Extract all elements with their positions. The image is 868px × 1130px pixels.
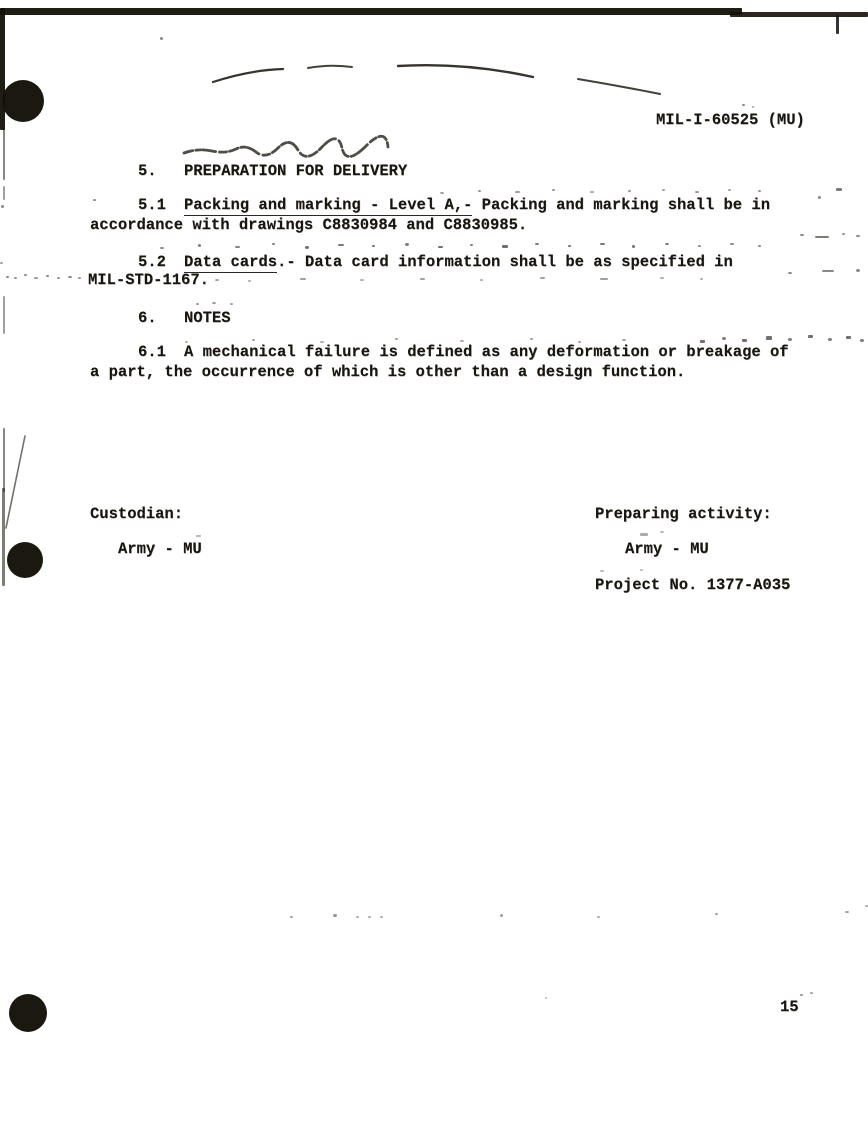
scan-speck — [333, 914, 337, 917]
scan-speck — [568, 245, 571, 247]
scan-speck — [660, 531, 664, 533]
scan-speck — [545, 997, 547, 999]
scan-speck — [590, 191, 594, 193]
scan-speck — [758, 245, 761, 247]
scan-speck — [272, 243, 275, 245]
scan-mark — [0, 8, 742, 15]
scan-speck — [372, 245, 375, 247]
scan-speck — [698, 245, 701, 247]
scan-speck — [515, 191, 520, 193]
scan-speck — [502, 245, 508, 248]
scan-speck — [600, 570, 604, 572]
scan-speck — [300, 278, 306, 280]
scan-speck — [290, 916, 293, 918]
para-6-1-number: 6.1 — [138, 343, 184, 362]
scan-arc-artifact — [578, 79, 660, 94]
scan-speck — [628, 190, 631, 192]
para-6-1-line-2: a part, the occurrence of which is other… — [90, 363, 685, 382]
scan-speck — [640, 569, 643, 571]
scan-speck — [660, 277, 664, 279]
scan-speck — [742, 104, 745, 106]
project-number: Project No. 1377-A035 — [595, 576, 790, 595]
scan-speck — [368, 916, 371, 918]
scan-speck — [800, 234, 804, 236]
punch-hole-mark — [9, 994, 47, 1032]
scan-speck — [815, 236, 829, 238]
scan-speck — [846, 336, 851, 339]
scan-speck — [34, 277, 38, 279]
para-5-1-line-2: accordance with drawings C8830984 and C8… — [90, 216, 527, 235]
scan-speck — [535, 243, 539, 245]
scan-speck — [0, 262, 3, 264]
scan-speck — [856, 269, 860, 272]
document-page: MIL-I-60525 (MU) 5.PREPARATION FOR DELIV… — [0, 0, 868, 1130]
scan-speck — [380, 916, 383, 918]
para-5-1-text: Packing and marking shall be in — [472, 196, 770, 214]
scan-speck — [730, 243, 734, 245]
scan-speck — [235, 246, 240, 248]
scan-speck — [24, 274, 27, 276]
para-5-1-underlined-phrase: Packing and marking - Level A,- — [184, 196, 472, 216]
scan-speck — [842, 233, 845, 235]
scan-speck — [665, 243, 669, 245]
scan-speck — [540, 277, 545, 279]
spec-number-header: MIL-I-60525 (MU) — [656, 111, 805, 130]
scan-speck — [68, 276, 72, 278]
scan-speck — [93, 199, 96, 201]
scan-speck — [500, 914, 503, 917]
scan-speck — [230, 303, 233, 305]
scan-speck — [810, 992, 813, 994]
scan-speck — [305, 246, 309, 249]
scan-speck — [632, 245, 635, 248]
section-5-heading: 5.PREPARATION FOR DELIVERY — [138, 162, 407, 181]
para-5-2-text: .- Data card information shall be as spe… — [277, 253, 733, 271]
scan-speck — [836, 188, 842, 191]
scan-speck — [856, 235, 860, 237]
scan-speck — [728, 189, 731, 191]
page-number: 15 — [780, 998, 799, 1017]
scan-arc-artifact — [398, 65, 533, 77]
scan-speck — [46, 275, 49, 277]
scan-arc-artifact — [213, 69, 283, 82]
scan-mark — [0, 8, 5, 130]
scan-speck — [338, 244, 344, 246]
scan-speck — [600, 278, 608, 280]
scan-speck — [160, 37, 163, 40]
scan-speck — [752, 106, 754, 108]
scan-speck — [215, 279, 219, 281]
scan-speck — [252, 339, 255, 341]
para-5-1-line-1: 5.1Packing and marking - Level A,- Packi… — [138, 196, 770, 215]
section-6-heading: 6.NOTES — [138, 309, 231, 328]
scan-speck — [552, 189, 555, 191]
scan-speck — [57, 277, 60, 279]
preparing-activity-value: Army - MU — [625, 540, 709, 559]
scan-mark — [3, 428, 5, 492]
punch-hole-mark — [2, 80, 44, 122]
scan-speck — [460, 340, 464, 342]
scan-speck — [196, 303, 199, 305]
custodian-value: Army - MU — [118, 540, 202, 559]
section-5-title: PREPARATION FOR DELIVERY — [184, 162, 407, 180]
scan-speck — [1, 205, 4, 208]
scan-speck — [700, 278, 703, 280]
scan-speck — [395, 338, 398, 340]
scan-speck — [788, 272, 792, 274]
scan-speck — [198, 244, 201, 247]
scan-speck — [405, 243, 409, 246]
scan-speck — [758, 190, 761, 192]
scan-speck — [480, 279, 483, 281]
scan-speck — [360, 279, 364, 281]
scan-speck — [808, 335, 813, 338]
scan-speck — [248, 280, 251, 282]
para-5-2-line-1: 5.2Data cards.- Data card information sh… — [138, 253, 733, 272]
scan-speck — [6, 276, 9, 278]
scan-speck — [800, 994, 803, 996]
scan-speck — [818, 196, 821, 199]
scan-mark — [836, 15, 839, 34]
para-5-2-underlined-phrase: Data cards — [184, 253, 277, 273]
scan-speck — [640, 533, 648, 536]
scan-speck — [420, 278, 425, 280]
scan-speck — [742, 339, 747, 342]
scan-speck — [478, 190, 481, 192]
scan-speck — [715, 913, 718, 915]
scan-mark — [3, 296, 5, 334]
scan-speck — [196, 535, 201, 537]
scan-speck — [438, 246, 443, 248]
punch-hole-mark — [7, 542, 43, 578]
scan-mark — [3, 128, 5, 180]
para-6-1-text: A mechanical failure is defined as any d… — [184, 343, 789, 361]
scan-speck — [14, 277, 17, 279]
scan-speck — [470, 244, 473, 246]
scan-speck — [788, 338, 792, 341]
para-6-1-line-1: 6.1A mechanical failure is defined as an… — [138, 343, 789, 362]
section-6-number: 6. — [138, 309, 184, 328]
scan-speck — [860, 339, 864, 342]
para-5-2-line-2: MIL-STD-1167. — [88, 271, 209, 290]
para-5-1-number: 5.1 — [138, 196, 184, 215]
scan-artifact-layer — [0, 0, 868, 1130]
scan-speck — [828, 338, 832, 341]
para-5-2-number: 5.2 — [138, 253, 184, 272]
scan-arc-artifact — [184, 136, 388, 156]
scan-speck — [356, 916, 359, 918]
scan-speck — [662, 189, 665, 191]
scan-artifact-arcs — [0, 0, 868, 1130]
section-6-title: NOTES — [184, 309, 231, 327]
scan-mark — [730, 12, 868, 17]
scan-speck — [695, 191, 699, 193]
scan-mark — [3, 186, 5, 200]
preparing-activity-label: Preparing activity: — [595, 505, 772, 524]
scan-speck — [722, 337, 726, 340]
scan-arc-artifact — [6, 436, 25, 528]
custodian-label: Custodian: — [90, 505, 183, 524]
scan-speck — [600, 243, 605, 245]
scan-speck — [845, 911, 849, 913]
scan-speck — [622, 339, 626, 341]
scan-arc-artifact — [308, 66, 352, 68]
scan-speck — [440, 192, 444, 194]
section-5-number: 5. — [138, 162, 184, 181]
scan-speck — [597, 916, 600, 918]
scan-mark — [2, 488, 5, 586]
scan-speck — [78, 277, 81, 279]
scan-speck — [822, 270, 834, 272]
scan-speck — [530, 338, 533, 340]
scan-speck — [160, 247, 164, 249]
scan-speck — [212, 302, 216, 304]
scan-speck — [766, 336, 772, 340]
